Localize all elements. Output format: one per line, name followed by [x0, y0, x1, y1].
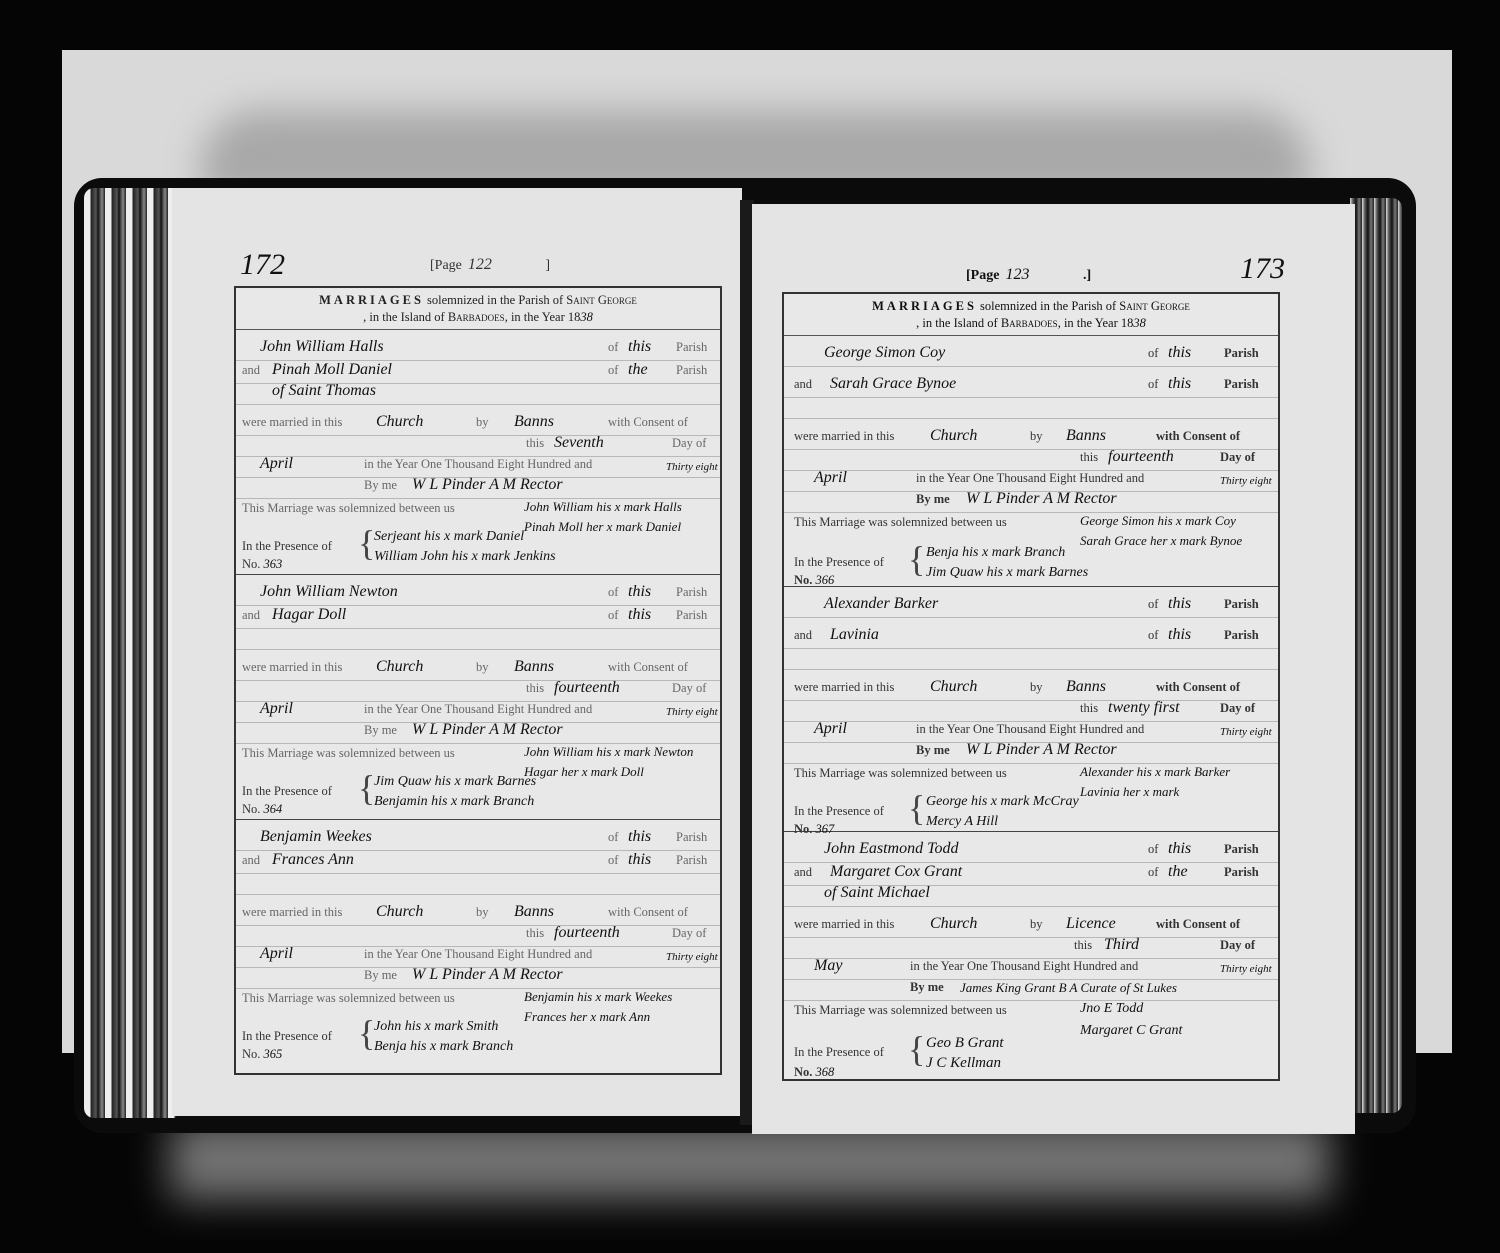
year-words: Thirty eight	[1220, 726, 1272, 738]
solemnized-label: This Marriage was solemnized between us	[242, 991, 455, 1006]
marriage-day: Seventh	[554, 434, 604, 452]
brace: {	[908, 541, 925, 577]
witness: Serjeant his x mark Daniel	[374, 529, 524, 545]
officiant: W L Pinder A M Rector	[966, 490, 1117, 508]
marriage-day: twenty first	[1108, 699, 1180, 717]
marriage-by: Banns	[514, 413, 554, 431]
marriage-place: Church	[930, 678, 977, 696]
of-label: of	[608, 853, 618, 868]
bride-name: Hagar Doll	[272, 606, 346, 624]
entry-number: 365	[264, 1047, 283, 1061]
brace: {	[358, 1015, 375, 1051]
and-label: and	[794, 628, 812, 643]
marriage-place: Church	[376, 658, 423, 676]
year-suffix: 38	[580, 310, 593, 324]
witness: J C Kellman	[926, 1055, 1001, 1072]
of-label: of	[1148, 628, 1158, 643]
parish-label: Parish	[676, 585, 707, 600]
marriage-by: Banns	[514, 658, 554, 676]
with-consent-label: with Consent of	[608, 905, 688, 920]
year-label: in the Year One Thousand Eight Hundred a…	[364, 947, 592, 962]
no-label: No.	[242, 557, 260, 571]
register-title: MARRIAGES solemnized in the Parish of Sa…	[236, 288, 720, 330]
title-line2a: , in the Island of	[916, 316, 998, 330]
brace: {	[908, 1031, 925, 1067]
of-label: of	[1148, 865, 1158, 880]
by-label: by	[476, 905, 489, 920]
parish-label: Parish	[676, 830, 707, 845]
parish-label: Parish	[1224, 377, 1259, 392]
and-label: and	[242, 853, 260, 868]
day-of-label: Day of	[672, 926, 706, 941]
register-title: MARRIAGES solemnized in the Parish of Sa…	[784, 294, 1278, 336]
year-words: Thirty eight	[666, 706, 718, 718]
by-label: by	[1030, 917, 1043, 932]
witness: Benja his x mark Branch	[926, 545, 1065, 561]
page-label: [Page	[966, 268, 999, 283]
day-of-label: Day of	[672, 681, 706, 696]
with-consent-label: with Consent of	[1156, 429, 1240, 444]
married-in-label: were married in this	[242, 905, 342, 920]
married-in-label: were married in this	[794, 680, 894, 695]
marriage-day: fourteenth	[1108, 448, 1174, 466]
page-close: .]	[1083, 268, 1091, 283]
title-line2b: , in the Year 18	[505, 310, 581, 324]
of-label: of	[608, 340, 618, 355]
left-page: 172 [Page122 ] MARRIAGES solemnized in t…	[172, 188, 742, 1116]
marriage-place: Church	[376, 903, 423, 921]
brace: {	[358, 770, 375, 806]
marriage-register-table: MARRIAGES solemnized in the Parish of Sa…	[234, 286, 722, 1075]
by-label: by	[1030, 429, 1043, 444]
groom-name: John William Halls	[260, 338, 384, 356]
this-label: this	[526, 436, 544, 451]
witness: Jim Quaw his x mark Barnes	[926, 565, 1088, 581]
day-of-label: Day of	[1220, 450, 1255, 465]
marriage-by: Licence	[1066, 915, 1116, 933]
marriage-by: Banns	[514, 903, 554, 921]
solemnized-label: This Marriage was solemnized between us	[794, 1003, 1007, 1018]
title-rest: solemnized in the Parish of	[427, 293, 563, 307]
marriage-month: April	[814, 720, 847, 738]
marriage-month: April	[260, 945, 293, 963]
year-words: Thirty eight	[666, 951, 718, 963]
witness: Benja his x mark Branch	[374, 1039, 513, 1055]
day-of-label: Day of	[1220, 701, 1255, 716]
bride-name: Sarah Grace Bynoe	[830, 375, 956, 393]
by-label: by	[1030, 680, 1043, 695]
with-consent-label: with Consent of	[608, 660, 688, 675]
bride-name: Pinah Moll Daniel	[272, 361, 392, 379]
year-label: in the Year One Thousand Eight Hundred a…	[916, 471, 1144, 486]
of-label: of	[1148, 597, 1158, 612]
folio-number: 173	[1240, 252, 1285, 286]
parish-name: Saint George	[1119, 299, 1190, 313]
by-me-label: By me	[916, 492, 950, 507]
this-label: this	[1080, 450, 1098, 465]
year-label: in the Year One Thousand Eight Hundred a…	[910, 959, 1138, 974]
island-name: Barbadoes	[1001, 316, 1058, 330]
bride-name: Margaret Cox Grant	[830, 863, 962, 881]
of-label: of	[1148, 842, 1158, 857]
marriage-place: Church	[930, 915, 977, 933]
of-label: of	[608, 608, 618, 623]
by-me-label: By me	[364, 478, 397, 493]
and-label: and	[242, 363, 260, 378]
page-header: [Page123 .]	[966, 266, 1091, 284]
officiant: W L Pinder A M Rector	[412, 476, 563, 494]
presence-label: In the Presence of	[794, 804, 884, 819]
parish-label: Parish	[1224, 865, 1259, 880]
marriage-by: Banns	[1066, 678, 1106, 696]
marriage-month: May	[814, 957, 842, 975]
parish-label: Parish	[676, 340, 707, 355]
witness: Benjamin his x mark Branch	[374, 794, 534, 810]
day-of-label: Day of	[672, 436, 706, 451]
marriage-entry: Alexander BarkerofthisParish andLaviniao…	[784, 587, 1278, 832]
of-label: of	[608, 363, 618, 378]
groom-name: Alexander Barker	[824, 595, 938, 613]
signature: John William his x mark Newton	[524, 744, 693, 762]
marriage-month: April	[260, 455, 293, 473]
right-page: 173 [Page123 .] MARRIAGES solemnized in …	[752, 204, 1355, 1134]
groom-parish: this	[1168, 595, 1191, 613]
groom-parish: this	[628, 828, 651, 846]
marriage-by: Banns	[1066, 427, 1106, 445]
no-label: No.	[794, 1065, 812, 1079]
bride-parish: this	[628, 851, 651, 869]
year-words: Thirty eight	[1220, 475, 1272, 487]
signature: Jno E Todd	[1080, 1001, 1143, 1019]
parish-name: Saint George	[566, 293, 637, 307]
groom-name: John William Newton	[260, 583, 398, 601]
no-label: No.	[242, 1047, 260, 1061]
marriage-entry: John William NewtonofthisParish andHagar…	[236, 575, 720, 820]
witness: George his x mark McCray	[926, 794, 1079, 810]
year-suffix: 38	[1133, 316, 1146, 330]
marriage-day: fourteenth	[554, 679, 620, 697]
brace: {	[908, 790, 925, 826]
bride-name: Lavinia	[830, 626, 879, 644]
title-line2a: , in the Island of	[363, 310, 445, 324]
married-in-label: were married in this	[794, 917, 894, 932]
solemnized-label: This Marriage was solemnized between us	[242, 501, 455, 516]
groom-parish: this	[628, 583, 651, 601]
presence-label: In the Presence of	[794, 555, 884, 570]
marriage-register-table: MARRIAGES solemnized in the Parish of Sa…	[782, 292, 1280, 1081]
signature: John William his x mark Halls	[524, 499, 682, 517]
page-header: [Page122 ]	[430, 256, 550, 274]
brace: {	[358, 525, 375, 561]
bride-extra: of Saint Michael	[824, 884, 930, 902]
this-label: this	[526, 926, 544, 941]
marriage-entry: John William HallsofthisParish andPinah …	[236, 330, 720, 575]
page-edges-right	[1350, 198, 1402, 1113]
of-label: of	[1148, 346, 1158, 361]
year-label: in the Year One Thousand Eight Hundred a…	[364, 457, 592, 472]
officiant: W L Pinder A M Rector	[412, 966, 563, 984]
marriage-entry: John Eastmond ToddofthisParish andMargar…	[784, 832, 1278, 1072]
solemnized-label: This Marriage was solemnized between us	[794, 766, 1007, 781]
bride-parish: the	[628, 361, 648, 379]
page-number: 122	[468, 256, 492, 273]
parish-label: Parish	[1224, 346, 1259, 361]
and-label: and	[794, 377, 812, 392]
marriage-day: Third	[1104, 936, 1139, 954]
bride-parish: this	[1168, 626, 1191, 644]
marriage-day: fourteenth	[554, 924, 620, 942]
groom-parish: this	[1168, 840, 1191, 858]
of-label: of	[1148, 377, 1158, 392]
this-label: this	[1074, 938, 1092, 953]
day-of-label: Day of	[1220, 938, 1255, 953]
solemnized-label: This Marriage was solemnized between us	[794, 515, 1007, 530]
married-in-label: were married in this	[242, 660, 342, 675]
this-label: this	[1080, 701, 1098, 716]
presence-label: In the Presence of	[242, 1029, 332, 1044]
entry-number: 368	[816, 1065, 835, 1079]
by-me-label: By me	[364, 723, 397, 738]
marriage-entry: Benjamin WeekesofthisParish andFrances A…	[236, 820, 720, 1064]
officiant: W L Pinder A M Rector	[412, 721, 563, 739]
signature: Alexander his x mark Barker	[1080, 764, 1230, 782]
this-label: this	[526, 681, 544, 696]
groom-name: George Simon Coy	[824, 344, 945, 362]
title-rest: solemnized in the Parish of	[980, 299, 1116, 313]
parish-label: Parish	[1224, 628, 1259, 643]
parish-label: Parish	[1224, 842, 1259, 857]
marriage-place: Church	[930, 427, 977, 445]
witness: Geo B Grant	[926, 1035, 1004, 1052]
year-words: Thirty eight	[666, 461, 718, 473]
entry-number: 366	[816, 573, 835, 587]
of-label: of	[608, 585, 618, 600]
entry-number: 364	[264, 802, 283, 816]
marriage-place: Church	[376, 413, 423, 431]
no-label: No.	[242, 802, 260, 816]
by-me-label: By me	[364, 968, 397, 983]
no-label: No.	[794, 573, 812, 587]
signature: Benjamin his x mark Weekes	[524, 989, 672, 1007]
page-edges-left	[84, 188, 176, 1118]
page-label: [Page	[430, 258, 462, 273]
with-consent-label: with Consent of	[1156, 680, 1240, 695]
by-label: by	[476, 415, 489, 430]
bride-parish: this	[628, 606, 651, 624]
solemnized-label: This Marriage was solemnized between us	[242, 746, 455, 761]
groom-parish: this	[1168, 344, 1191, 362]
married-in-label: were married in this	[242, 415, 342, 430]
entry-number: 363	[264, 557, 283, 571]
parish-label: Parish	[676, 853, 707, 868]
year-words: Thirty eight	[1220, 963, 1272, 975]
title-word: MARRIAGES	[319, 293, 424, 307]
with-consent-label: with Consent of	[608, 415, 688, 430]
officiant: James King Grant B A Curate of St Lukes	[960, 980, 1177, 996]
groom-name: Benjamin Weekes	[260, 828, 372, 846]
with-consent-label: with Consent of	[1156, 917, 1240, 932]
bride-parish: this	[1168, 375, 1191, 393]
witness: William John his x mark Jenkins	[374, 549, 556, 565]
groom-name: John Eastmond Todd	[824, 840, 959, 858]
marriage-entry: George Simon CoyofthisParish andSarah Gr…	[784, 336, 1278, 587]
by-label: by	[476, 660, 489, 675]
parish-label: Parish	[676, 363, 707, 378]
bride-parish: the	[1168, 863, 1188, 881]
by-me-label: By me	[916, 743, 950, 758]
parish-label: Parish	[1224, 597, 1259, 612]
title-word: MARRIAGES	[872, 299, 977, 313]
by-me-label: By me	[910, 980, 944, 995]
of-label: of	[608, 830, 618, 845]
and-label: and	[242, 608, 260, 623]
bride-extra: of Saint Thomas	[272, 382, 376, 400]
presence-label: In the Presence of	[242, 539, 332, 554]
title-line2b: , in the Year 18	[1058, 316, 1134, 330]
presence-label: In the Presence of	[794, 1045, 884, 1060]
groom-parish: this	[628, 338, 651, 356]
bride-name: Frances Ann	[272, 851, 354, 869]
page-number: 123	[1005, 266, 1029, 283]
island-name: Barbadoes	[448, 310, 505, 324]
witness: John his x mark Smith	[374, 1019, 498, 1035]
signature: George Simon his x mark Coy	[1080, 513, 1236, 531]
witness: Mercy A Hill	[926, 814, 998, 830]
officiant: W L Pinder A M Rector	[966, 741, 1117, 759]
year-label: in the Year One Thousand Eight Hundred a…	[916, 722, 1144, 737]
marriage-month: April	[260, 700, 293, 718]
presence-label: In the Presence of	[242, 784, 332, 799]
year-label: in the Year One Thousand Eight Hundred a…	[364, 702, 592, 717]
witness: Jim Quaw his x mark Barnes	[374, 774, 536, 790]
married-in-label: were married in this	[794, 429, 894, 444]
marriage-month: April	[814, 469, 847, 487]
folio-number: 172	[240, 248, 285, 282]
page-close: ]	[545, 258, 550, 273]
and-label: and	[794, 865, 812, 880]
parish-label: Parish	[676, 608, 707, 623]
